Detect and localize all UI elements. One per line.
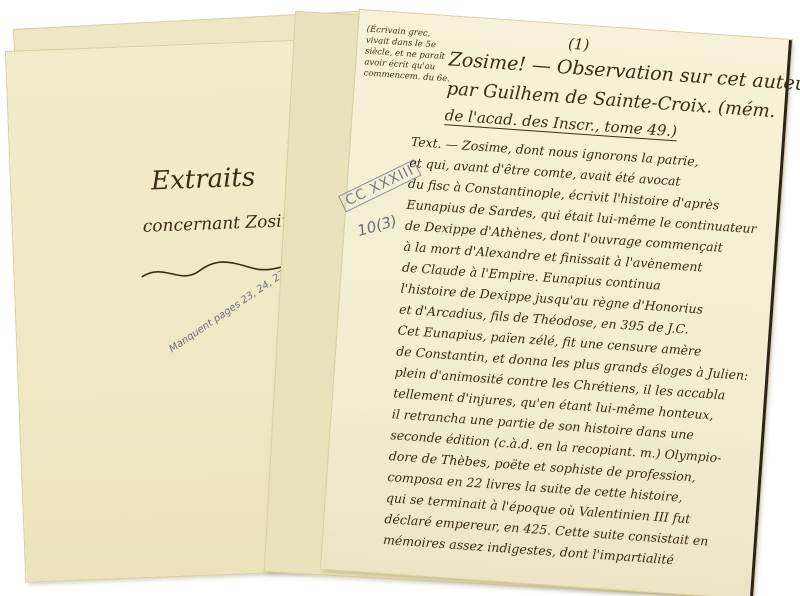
- page-number: (1): [568, 35, 590, 54]
- left-title-line1: Extraits: [151, 163, 256, 197]
- margin-note: (Écrivain grec, vivait dans le 5e siècle…: [363, 25, 453, 86]
- right-archive-substamp: 10(3): [355, 212, 399, 240]
- right-manuscript-page: (1) (Écrivain grec, vivait dans le 5e si…: [321, 10, 792, 596]
